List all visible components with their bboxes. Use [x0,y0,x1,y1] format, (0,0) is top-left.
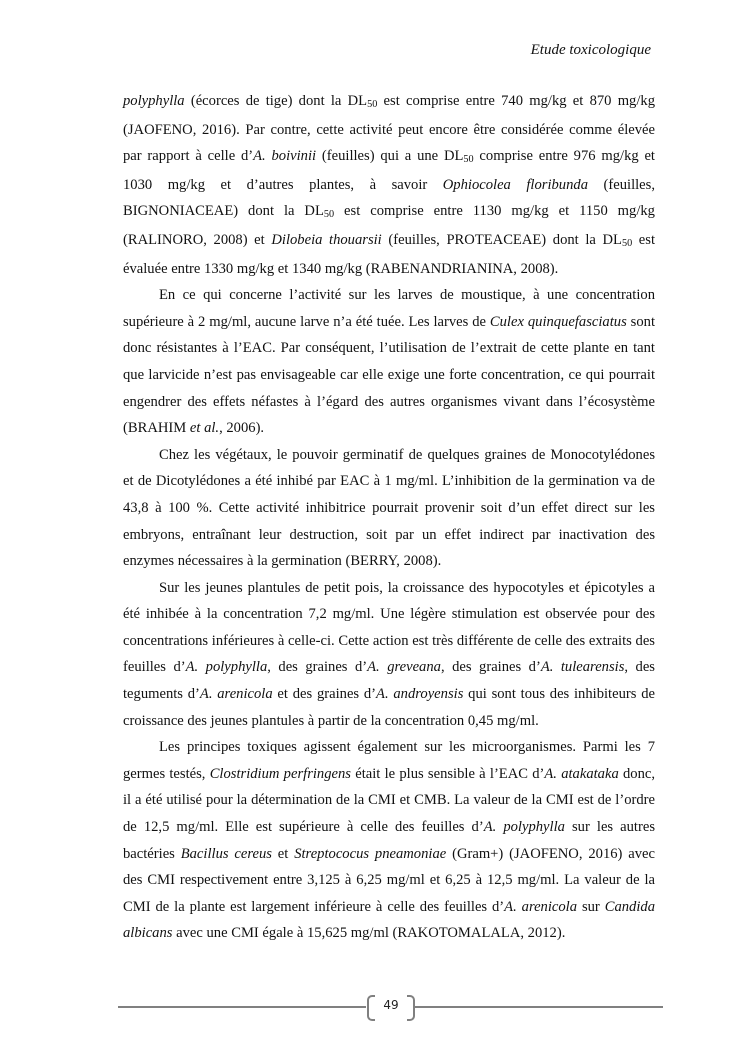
italic-term: Streptococus pneamoniae [294,846,446,862]
italic-term: A. arenicola [200,686,273,702]
italic-term: A. androyensis [376,686,463,702]
running-header: Etude toxicologique [531,42,651,59]
text-run: était le plus sensible à l’EAC d’ [351,766,544,782]
text-run: , des graines d’ [267,659,367,675]
paragraph-2: En ce qui concerne l’activité sur les la… [123,282,655,442]
text-run: sur [577,899,605,915]
page-number: 49 [376,998,406,1012]
right-brace-icon [407,995,415,1021]
paragraph-1: polyphylla (écorces de tige) dont la DL5… [123,88,655,282]
text-run: , des graines d’ [441,659,541,675]
subscript: 50 [324,209,334,220]
italic-term: Clostridium perfringens [210,766,351,782]
text-run: , 2006). [219,420,264,436]
text-run: et des graines d’ [273,686,376,702]
italic-term: polyphylla [123,93,185,109]
paragraph-4: Sur les jeunes plantules de petit pois, … [123,575,655,735]
page-footer: 49 [118,992,663,1022]
paragraph-3: Chez les végétaux, le pouvoir germinatif… [123,442,655,575]
text-run: (écorces de tige) dont la DL [185,93,367,109]
italic-term: A. boivinii [253,148,316,164]
italic-term: A. polyphylla [186,659,268,675]
text-run: avec une CMI égale à 15,625 mg/ml (RAKOT… [172,925,565,941]
italic-term: Bacillus cereus [181,846,272,862]
italic-term: A. atakataka [544,766,618,782]
italic-term: Dilobeia thouarsii [271,232,381,248]
text-run: (feuilles) qui a une DL [316,148,463,164]
text-run: sont donc résistantes à l’EAC. Par consé… [123,314,655,436]
left-brace-icon [367,995,375,1021]
italic-term: et al. [190,420,219,436]
subscript: 50 [622,238,632,249]
paragraph-5: Les principes toxiques agissent égalemen… [123,734,655,947]
text-run: (feuilles, PROTEACEAE) dont la DL [382,232,622,248]
italic-term: A. polyphylla [484,819,565,835]
subscript: 50 [367,99,377,110]
italic-term: Ophiocolea floribunda [443,177,588,193]
text-run: et [272,846,294,862]
text-run: Chez les végétaux, le pouvoir germinatif… [123,447,655,569]
italic-term: Culex quinquefasciatus [490,314,627,330]
italic-term: A. greveana [367,659,441,675]
italic-term: A. tulearensis [541,659,625,675]
body-text: polyphylla (écorces de tige) dont la DL5… [123,88,655,947]
footer-rule-right [415,1006,663,1008]
italic-term: A. arenicola [504,899,577,915]
subscript: 50 [463,154,473,165]
footer-rule-left [118,1006,366,1008]
